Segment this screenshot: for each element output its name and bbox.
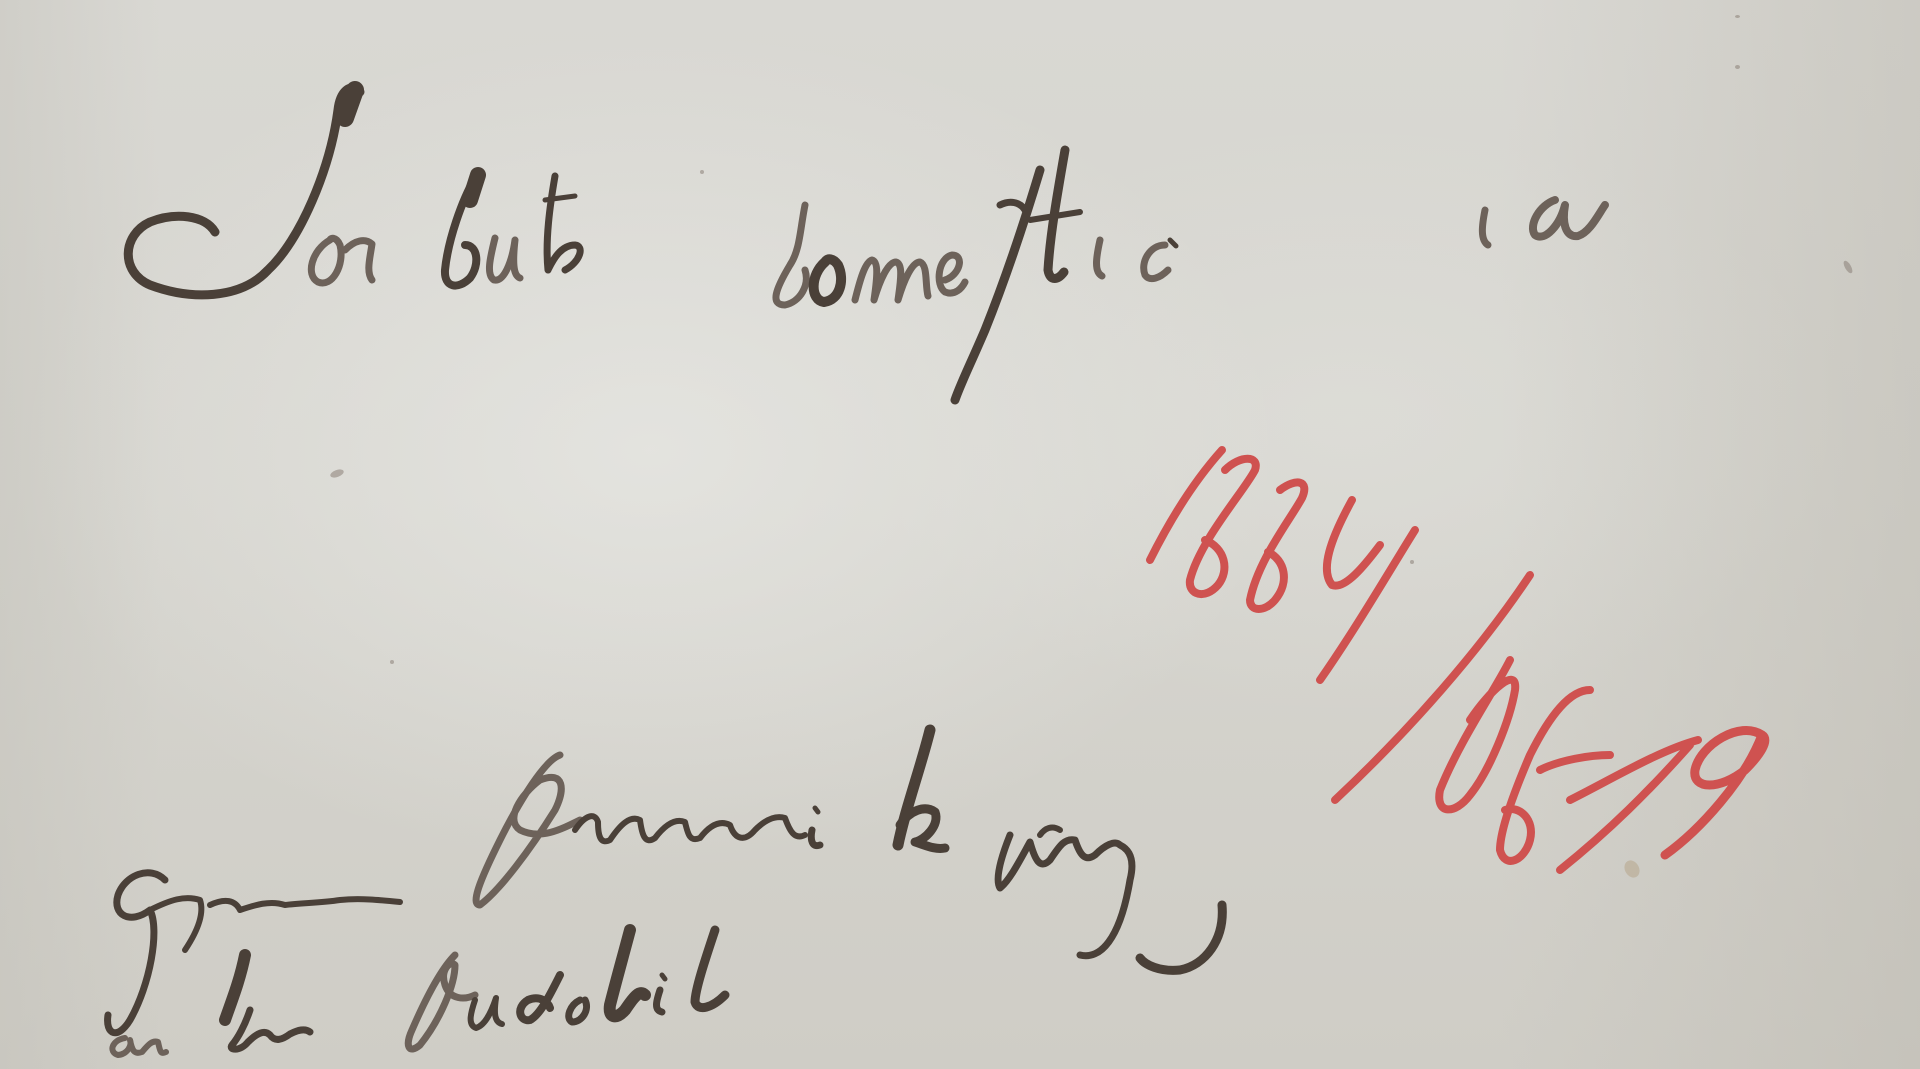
species-name-handwriting: [128, 88, 1605, 400]
catalog-number-handwriting: [1150, 450, 1765, 870]
descender-stroke: [1140, 905, 1222, 970]
handwriting-layer: [0, 0, 1920, 1069]
locality-line-2-handwriting: [112, 930, 725, 1055]
